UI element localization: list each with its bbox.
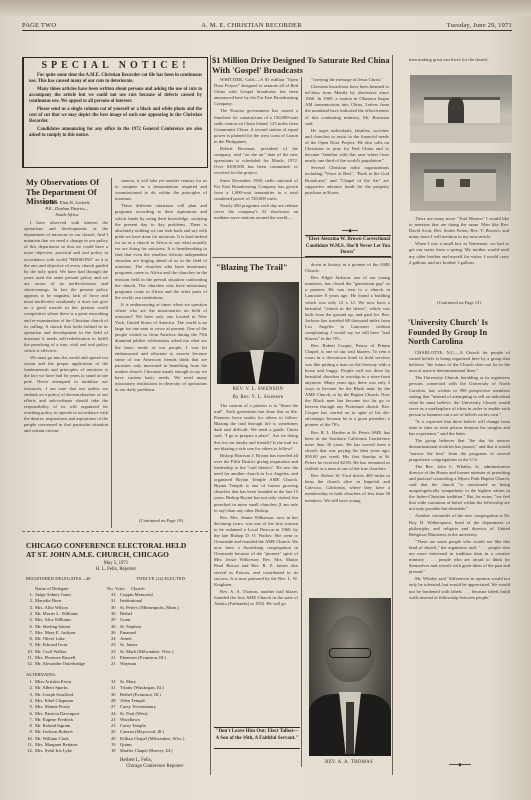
table-row: 8.Mr. Oliver Lake24Arnett	[26, 636, 211, 642]
electoral-date: May 5, 1971	[26, 561, 206, 566]
delegate-name: Mr. Cecil Walker	[35, 649, 111, 655]
article-paragraph: stances, it will take yet another centur…	[115, 178, 207, 202]
alternate-name: Mr. Eugene Fredrick	[35, 717, 111, 723]
vote-count: 31	[111, 598, 120, 604]
row-num: 3.	[26, 605, 35, 611]
table-row: 11.Mrs. Florence Russell21Ebenezer (Evan…	[26, 655, 211, 661]
delegate-name: Mr. Edward Irvin	[35, 642, 111, 648]
article-paragraph: Christian broadcasts have been beamed to…	[305, 84, 389, 127]
observations-column-1: I have observed with interest the operat…	[24, 220, 108, 525]
university-church-headline: 'University Church' Is Founded By Group …	[408, 318, 508, 347]
article-paragraph: The group believes that "the day for nar…	[409, 438, 510, 462]
university-church-body: CHARLOTTE, N.C.—A Church for people of v…	[409, 350, 510, 760]
vote-count: 18	[111, 748, 120, 754]
article-paragraph: Rev. Edgie Jackson, one of our young min…	[305, 275, 390, 342]
swenson-photo-caption: REV. V. L. SWENSON	[214, 387, 302, 392]
row-num: 4.	[26, 611, 35, 617]
table-row: 12.Mr. Alexander Outerbridge21Wayman	[26, 661, 211, 667]
row-num: 10.	[26, 649, 35, 655]
vote-count: 23	[111, 649, 120, 655]
article-paragraph: These different situations will plan and…	[115, 203, 207, 301]
continued-note: (Continued on Page 13)	[409, 300, 509, 306]
alternate-name: Mrs. Sybil Iris Lyke	[35, 748, 111, 754]
row-num: 7.	[26, 630, 35, 636]
table-row: 11.Mrs. Margaret Rettaset19Quinn	[26, 742, 211, 748]
delegate-name: Mr. Morris L. Williams	[35, 611, 111, 617]
table-row: 4.Mrs. Ethel Chapman28Allen Temple	[26, 698, 211, 704]
article-paragraph: The Rev. John C. Whaley, Jr., administra…	[409, 464, 510, 513]
article-paragraph: Another cofounder of the new congregatio…	[409, 513, 510, 537]
table-row: 4.Mr. Morris L. Williams30Bethel	[26, 611, 211, 617]
article-paragraph: "carrying the message of Jesus Christ."	[305, 77, 389, 83]
row-num: 4.	[26, 698, 35, 704]
delegate-name: Mrs. Mary E. Jackson	[35, 630, 111, 636]
church-name: St. Mark (Milwaukee, Wisc.)	[120, 649, 211, 655]
table-row: 6.Mr. Sterling Sutton26St. Stephen	[26, 624, 211, 630]
row-num: 2.	[26, 598, 35, 604]
article-paragraph: There are many more "Trail Blazers" I wo…	[409, 216, 509, 240]
ornament-divider: ━━◆━━	[320, 228, 380, 234]
church-name: Grant	[120, 617, 211, 623]
alternate-name: Mr. Joseph Swafford	[35, 692, 111, 698]
church-name: Trinity (Waukegan, Ill.)	[120, 685, 211, 691]
row-num: 5.	[26, 617, 35, 623]
thomas-photo-caption: REV. A. A. THOMAS	[305, 760, 393, 765]
observations-column-2: stances, it will take yet another centur…	[115, 178, 207, 518]
chicago-headline: CHICAGO CONFERENCE ELECTORAL HELD AT ST.…	[26, 541, 216, 560]
church-name: Canaan (Maywood, Ill.)	[120, 729, 211, 735]
vote-count: 19	[111, 742, 120, 748]
church-name: Allen Temple	[120, 698, 211, 704]
church-name: St. Stephen	[120, 624, 211, 630]
vote-count: 33	[111, 592, 120, 598]
alternate-name: Mr. William Clark	[35, 736, 111, 742]
million-drive-column-2: "carrying the message of Jesus Christ." …	[305, 77, 389, 227]
row-num: 5.	[26, 704, 35, 710]
byline-line: South Africa	[28, 212, 106, 218]
church-name: Carey Temple	[120, 723, 211, 729]
alternate-name: Mrs. Ethel Chapman	[35, 698, 111, 704]
article-paragraph: He urges individuals, families, societie…	[305, 128, 389, 165]
church-name: Killian Chapel (Milwaukee, Wisc.)	[120, 736, 211, 742]
vote-count: 20	[111, 736, 120, 742]
article-paragraph: The custom of a pioneer is to "blaze the…	[214, 403, 298, 452]
church-name: St. Peter's (Minneapolis, Minn.)	[120, 605, 211, 611]
article-paragraph: When I was a small boy in Tennessee, we …	[409, 241, 509, 265]
portrait-head	[235, 292, 279, 350]
rev-thomas-photo	[309, 598, 391, 756]
window	[436, 179, 444, 187]
table-row: 1.Miss Artishia Ervin32St. Mary	[26, 679, 211, 685]
publication-title: A. M. E. CHRISTIAN RECORDER	[201, 22, 302, 29]
church-name: St. Paul (West)	[120, 711, 211, 717]
vote-count: 30	[111, 605, 120, 611]
table-row: 9.Mr. Edward Irvin23St. James	[26, 642, 211, 648]
row-num: 3.	[26, 692, 35, 698]
vote-count: 28	[111, 698, 120, 704]
signature-line: Chicago Conference Reporter	[120, 764, 210, 770]
reporter-line: H. L. Felix, Reporter	[26, 567, 206, 572]
issue-date: Tuesday, June 29, 1971	[447, 22, 512, 29]
alternate-name: Mr. Albert Sparks	[35, 685, 111, 691]
row-num: 2.	[26, 685, 35, 691]
section-divider	[22, 531, 208, 533]
vote-count: 30	[111, 692, 120, 698]
delegate-name: Mr. Alexander Outerbridge	[35, 661, 111, 667]
table-row: 7.Mr. Eugene Fredrick23Woodlawn	[26, 717, 211, 723]
church-name: Shaffer Chapel (Harvey, Ill.)	[120, 748, 211, 754]
article-paragraph: Bishop Harrison J. Bryant has traveled a…	[214, 453, 298, 514]
elect-talbot-ad: "Don't Leave Him Out: Elect Talbot—A Son…	[214, 727, 300, 749]
column-rule	[392, 55, 393, 775]
article-paragraph: CHARLOTTE, N.C.—A Church for people of v…	[409, 350, 510, 374]
section-divider	[212, 257, 392, 258]
million-drive-headline: $1 Million Drive Designed To Saturate Re…	[212, 56, 392, 75]
table-row: 2.Marydia Horn31Institutional	[26, 598, 211, 604]
church-name: Wayman	[120, 661, 211, 667]
row-num: 7.	[26, 717, 35, 723]
church-name: St. Mary	[120, 679, 211, 685]
special-notice-box: SPECIAL NOTICE! For quite some time the …	[22, 57, 208, 168]
observations-byline: By Rev. Elias R. Lechelt, P.E., Durban D…	[28, 200, 106, 218]
delegate-name: Mrs. Allie Wilson	[35, 605, 111, 611]
article-paragraph: I have observed with interest the operat…	[24, 220, 108, 354]
article-paragraph: Rev. A. A. Thomas, another trail blazer,…	[214, 589, 298, 607]
special-notice-title: SPECIAL NOTICE!	[29, 63, 202, 69]
article-paragraph: WHITTIER, Calif.—A $1 million "Open Door…	[214, 77, 298, 107]
blazing-byline: By Rev. V. L. Swenson	[214, 395, 302, 400]
alternate-name: Mrs. Patricia Davenport	[35, 711, 111, 717]
table-row: 12.Mrs. Sybil Iris Lyke18Shaffer Chapel …	[26, 748, 211, 754]
row-num: 12.	[26, 661, 35, 667]
row-num: 6.	[26, 711, 35, 717]
church-name: Woodlawn	[120, 717, 211, 723]
masthead: PAGE TWO A. M. E. CHRISTIAN RECORDER Tue…	[22, 21, 512, 31]
church-name: Bethel	[120, 611, 211, 617]
church-name: Quinn	[120, 742, 211, 748]
delegate-name: Judge Sidney Jones	[35, 592, 111, 598]
vote-count: 27	[111, 704, 120, 710]
article-paragraph: "There are some people who would not lik…	[409, 539, 510, 576]
newspaper-page: PAGE TWO A. M. E. CHRISTIAN RECORDER Tue…	[0, 0, 531, 800]
vote-count: 21	[111, 655, 120, 661]
vote-count: 31	[111, 685, 120, 691]
church-name: Carey Tercentenary	[120, 704, 211, 710]
alternates-label: ALTERNATES:	[26, 672, 56, 678]
church-name: Bethel (Evanston, Ill.)	[120, 692, 211, 698]
alternate-name: Mr. Jackson Roberts	[35, 729, 111, 735]
column-rule	[301, 262, 302, 767]
article-paragraph: Rev. Robert W. Ford drives 400 miles to …	[305, 473, 390, 503]
table-row: 3.Mr. Joseph Swafford30Bethel (Evanston,…	[26, 692, 211, 698]
vote-count: 21	[111, 661, 120, 667]
vote-count: 30	[111, 611, 120, 617]
vote-count: 23	[111, 717, 120, 723]
table-row: 10.Mr. Cecil Walker23St. Mark (Milwaukee…	[26, 649, 211, 655]
article-paragraph: Since December 1969, radio outreach of F…	[214, 178, 298, 202]
article-paragraph: Rev. R. L. Harden at St. Peters AME, has…	[305, 430, 390, 473]
alternate-name: Mrs. Mamie Peavy	[35, 704, 111, 710]
continued-note: (Continued on Page 19)	[115, 518, 207, 524]
alternates-label-row: ALTERNATES:	[26, 672, 211, 678]
church-photo-1	[410, 75, 512, 143]
elected-count: TWELVE (12) ELECTED	[136, 576, 211, 582]
reporter-signature: Herbert L. Felix, Chicago Conference Rep…	[120, 758, 210, 770]
vote-count: 20	[111, 729, 120, 735]
elect-brown-ad: "Elect Alexzina W. Brown Correctional Ca…	[305, 235, 391, 257]
alternate-name: Mrs. Margaret Rettaset	[35, 742, 111, 748]
article-paragraph: Nearly 200 programs each day are release…	[214, 203, 298, 221]
row-num: 9.	[26, 729, 35, 735]
church-name: St. James	[120, 642, 211, 648]
row-num: 11.	[26, 742, 35, 748]
table-row: 1.Judge Sidney Jones33Coppin Memorial	[26, 592, 211, 598]
alternate-name: Miss Artishia Ervin	[35, 679, 111, 685]
table-row: 6.Mrs. Patricia Davenport24St. Paul (Wes…	[26, 711, 211, 717]
table-row: 5.Mrs. Alva Williams29Grant	[26, 617, 211, 623]
blazing-trail-headline: "Blazing The Trail"	[216, 263, 306, 273]
article-paragraph: Several Christian radio organizations in…	[305, 165, 389, 195]
delegate-name: Mrs. Florence Russell	[35, 655, 111, 661]
table-row: 8.Mr. Roland Ingram23Carey Temple	[26, 723, 211, 729]
rev-swenson-photo	[217, 282, 299, 384]
vote-count: 26	[111, 624, 120, 630]
row-num: 6.	[26, 624, 35, 630]
page-number: PAGE TWO	[22, 22, 56, 29]
article-paragraph: "It is expected that these beliefs will …	[409, 419, 510, 437]
vote-count: 26	[111, 630, 120, 636]
registered-count: REGISTERED DELEGATES—40	[26, 576, 136, 582]
ornament-divider: ━━━◆━━━	[425, 762, 495, 768]
article-paragraph: The University Church, heralding as its …	[409, 375, 510, 418]
table-row: 3.Mrs. Allie Wilson30St. Peter's (Minnea…	[26, 605, 211, 611]
church-name: Ebenezer (Evanston, Ill.)	[120, 655, 211, 661]
church-name: Institutional	[120, 598, 211, 604]
headline-line: AT ST. JOHN A.M.E. CHURCH, CHICAGO	[26, 550, 216, 559]
page-edge	[0, 0, 531, 16]
row-num: 1.	[26, 592, 35, 598]
headline-line: CHICAGO CONFERENCE ELECTORAL HELD	[26, 541, 216, 550]
table-row: 10.Mr. William Clark20Killian Chapel (Mi…	[26, 736, 211, 742]
alternate-name: Mr. Roland Ingram	[35, 723, 111, 729]
vote-count: 23	[111, 642, 120, 648]
delegate-name: Marydia Horn	[35, 598, 111, 604]
table-row: 9.Mr. Jackson Roberts20Canaan (Maywood, …	[26, 729, 211, 735]
row-num: 10.	[26, 736, 35, 742]
portrait-tie	[346, 702, 354, 754]
column-rule	[111, 178, 112, 528]
article-paragraph: Rev. Mrs. Jennie Wilkerson, now in her d…	[214, 515, 298, 588]
row-num: 8.	[26, 723, 35, 729]
article-paragraph: The Korean government has issued a franc…	[214, 108, 298, 145]
delegate-name: Mrs. Alva Williams	[35, 617, 111, 623]
portrait-glasses	[329, 648, 371, 658]
article-paragraph: It is embarrassing at times when we ques…	[115, 302, 207, 393]
notice-paragraph: Candidates announcing for any office in …	[29, 127, 202, 139]
delegate-name: Mr. Sterling Sutton	[35, 624, 111, 630]
delegate-summary-row: REGISTERED DELEGATES—40 TWELVE (12) ELEC…	[26, 576, 211, 582]
trail-blazers-continued-top: men making great sacrifices for the chur…	[409, 57, 509, 63]
table-row: 7.Mrs. Mary E. Jackson26Emanuel	[26, 630, 211, 636]
blazing-column-1: The custom of a pioneer is to "blaze the…	[214, 403, 298, 699]
vote-count: 32	[111, 679, 120, 685]
row-num: 1.	[26, 679, 35, 685]
church-name: Coppin Memorial	[120, 592, 211, 598]
notice-paragraph: Many times articles have been written ab…	[29, 87, 202, 105]
row-num: 8.	[26, 636, 35, 642]
vote-count: 24	[111, 636, 120, 642]
table-row: 5.Mrs. Mamie Peavy27Carey Tercentenary	[26, 704, 211, 710]
church-photo-2	[410, 153, 511, 211]
delegate-name: Mr. Oliver Lake	[35, 636, 111, 642]
row-num: 12.	[26, 748, 35, 754]
million-drive-column-1: WHITTIER, Calif.—A $1 million "Open Door…	[214, 77, 298, 249]
vote-count: 29	[111, 617, 120, 623]
vote-count: 24	[111, 711, 120, 717]
church-name: Arnett	[120, 636, 211, 642]
table-row: 2.Mr. Albert Sparks31Trinity (Waukegan, …	[26, 685, 211, 691]
notice-paragraph: Please send us a single column cut of yo…	[29, 107, 202, 125]
article-paragraph: We must go into the world and spread out…	[24, 355, 108, 434]
tree	[448, 97, 464, 123]
church-name: Emanuel	[120, 630, 211, 636]
article-paragraph: Mr. Whaley said "differences in opinion …	[409, 576, 510, 600]
window	[460, 179, 470, 187]
article-paragraph: Rev. Robert Cooper, Pastor of Primm Chap…	[305, 343, 390, 428]
vote-count: 23	[111, 723, 120, 729]
blazing-column-2: down in history as a pioneer of the AME …	[305, 262, 390, 582]
notice-paragraph: For quite some time the A.M.E. Christian…	[29, 73, 202, 85]
ground	[410, 125, 512, 143]
article-paragraph: Robert Bowman, president of the company,…	[214, 146, 298, 176]
trail-blazers-continued: There are many more "Trail Blazers" I wo…	[409, 216, 509, 296]
article-paragraph: down in history as a pioneer of the AME …	[305, 262, 390, 274]
row-num: 11.	[26, 655, 35, 661]
row-num: 9.	[26, 642, 35, 648]
